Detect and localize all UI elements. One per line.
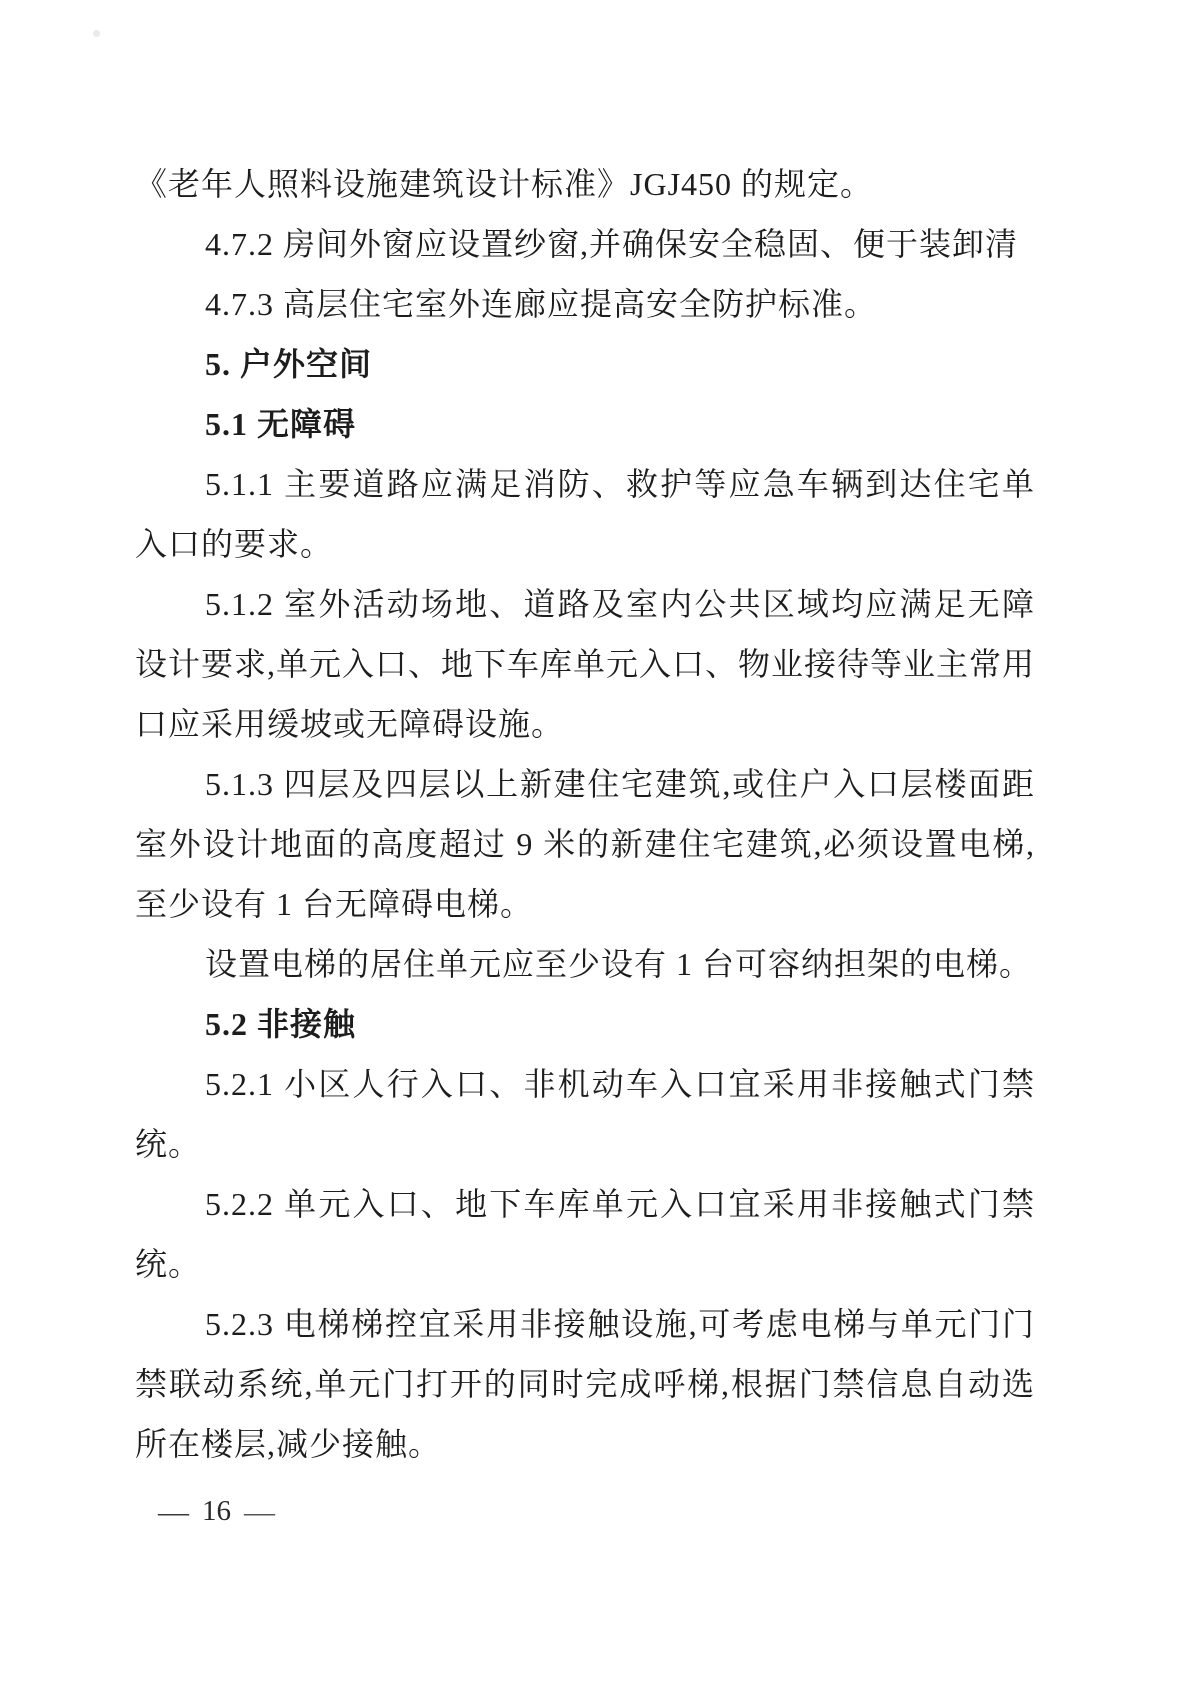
footer-left-dash: — (158, 1496, 189, 1527)
text-line: 统。 (135, 1234, 1035, 1294)
page-number: 16 (202, 1494, 231, 1528)
section-heading-5: 5. 户外空间 (135, 334, 1035, 394)
text-line: 至少设有 1 台无障碍电梯。 (135, 874, 1035, 934)
text-line: 4.7.2 房间外窗应设置纱窗,并确保安全稳固、便于装卸清洗。 (135, 214, 1035, 274)
text-line: 《老年人照料设施建筑设计标准》JGJ450 的规定。 (135, 154, 1035, 214)
text-line: 5.2.2 单元入口、地下车库单元入口宜采用非接触式门禁系 (135, 1174, 1035, 1234)
text-line: 所在楼层,减少接触。 (135, 1414, 1035, 1474)
text-line: 5.1.3 四层及四层以上新建住宅建筑,或住户入口层楼面距 (135, 754, 1035, 814)
subsection-heading-5-2: 5.2 非接触 (135, 994, 1035, 1054)
document-page: 《老年人照料设施建筑设计标准》JGJ450 的规定。 4.7.2 房间外窗应设置… (0, 0, 1200, 1697)
text-line: 设计要求,单元入口、地下车库单元入口、物业接待等业主常用入 (135, 634, 1035, 694)
text-line: 入口的要求。 (135, 514, 1035, 574)
text-line: 5.2.1 小区人行入口、非机动车入口宜采用非接触式门禁系 (135, 1054, 1035, 1114)
text-line: 统。 (135, 1114, 1035, 1174)
subsection-heading-5-1: 5.1 无障碍 (135, 394, 1035, 454)
document-body: 《老年人照料设施建筑设计标准》JGJ450 的规定。 4.7.2 房间外窗应设置… (135, 154, 1035, 1474)
text-line: 5.1.1 主要道路应满足消防、救护等应急车辆到达住宅单元 (135, 454, 1035, 514)
scan-speck (93, 30, 100, 37)
text-line: 室外设计地面的高度超过 9 米的新建住宅建筑,必须设置电梯,并 (135, 814, 1035, 874)
text-line: 5.2.3 电梯梯控宜采用非接触设施,可考虑电梯与单元门门 (135, 1294, 1035, 1354)
footer-right-dash: — (244, 1496, 275, 1527)
text-line: 4.7.3 高层住宅室外连廊应提高安全防护标准。 (135, 274, 1035, 334)
text-line: 设置电梯的居住单元应至少设有 1 台可容纳担架的电梯。 (135, 934, 1035, 994)
text-line: 口应采用缓坡或无障碍设施。 (135, 694, 1035, 754)
text-line: 5.1.2 室外活动场地、道路及室内公共区域均应满足无障碍 (135, 574, 1035, 634)
text-line: 禁联动系统,单元门打开的同时完成呼梯,根据门禁信息自动选择 (135, 1354, 1035, 1414)
page-footer: — 16 — (158, 1494, 275, 1528)
